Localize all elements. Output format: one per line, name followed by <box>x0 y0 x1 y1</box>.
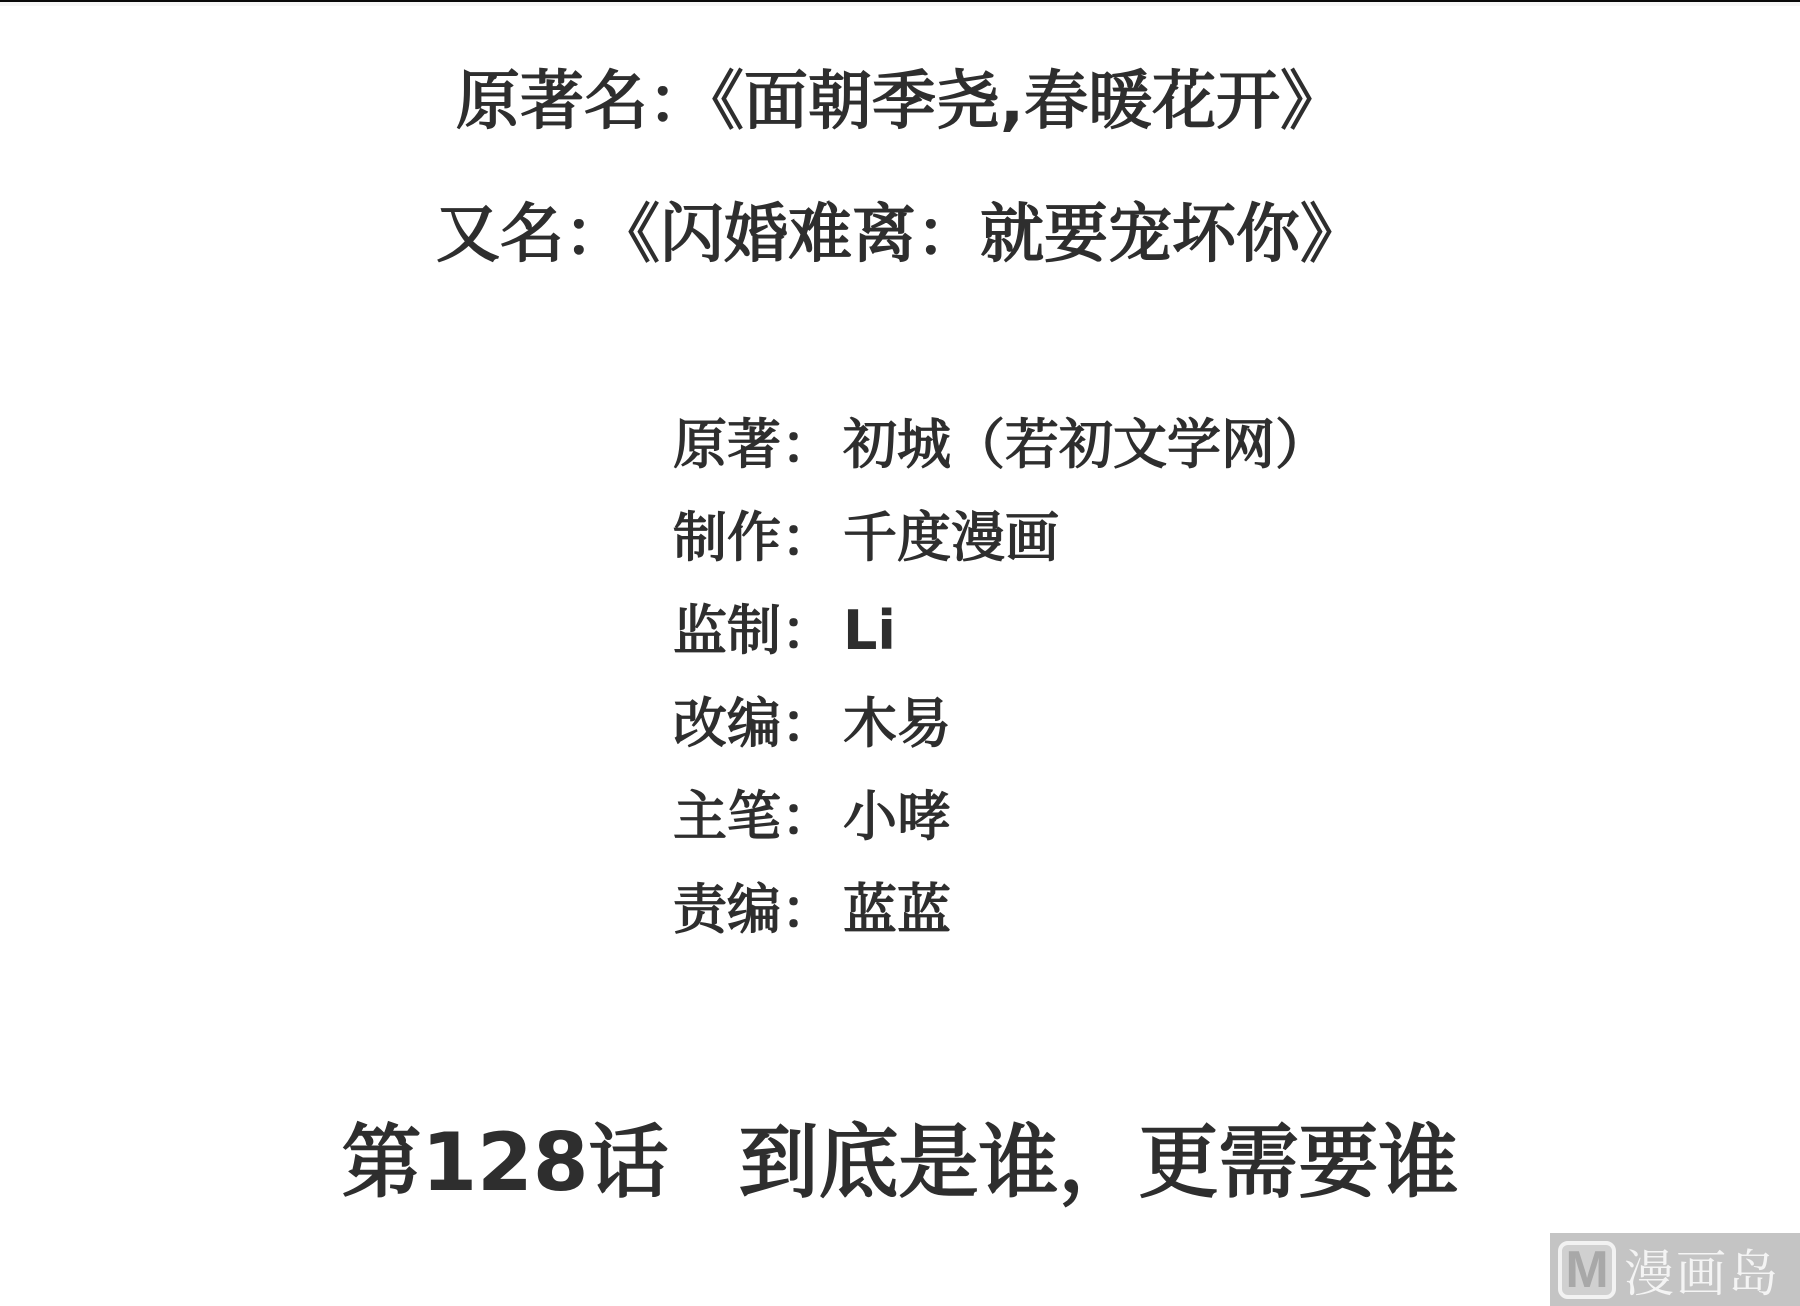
credit-row-supervisor: 监制： Li <box>673 584 1329 677</box>
credit-row-production: 制作： 千度漫画 <box>673 491 1329 584</box>
credit-row-adaptation: 改编： 木易 <box>673 677 1329 770</box>
credit-label: 监制： <box>673 584 843 677</box>
chapter-title: 到底是谁，更需要谁 <box>739 1116 1459 1209</box>
credit-label: 主笔： <box>673 770 843 863</box>
credit-row-original-author: 原著： 初城（若初文学网） <box>673 398 1329 491</box>
watermark-logo-icon: M <box>1558 1241 1616 1299</box>
credits-list: 原著： 初城（若初文学网） 制作： 千度漫画 监制： Li 改编： 木易 主笔：… <box>673 398 1329 956</box>
credit-value: 小哮 <box>843 770 951 863</box>
credit-row-lead-artist: 主笔： 小哮 <box>673 770 1329 863</box>
credit-value: 初城（若初文学网） <box>843 398 1329 491</box>
credit-value: 蓝蓝 <box>843 863 951 956</box>
alt-title-label: 又名： <box>436 198 628 272</box>
credit-label: 改编： <box>673 677 843 770</box>
original-title-line: 原著名：《面朝季尧,春暖花开》 <box>0 60 1800 144</box>
chapter-heading: 第128话到底是谁，更需要谁 <box>0 1108 1800 1218</box>
credit-value: 千度漫画 <box>843 491 1059 584</box>
original-title-label: 原著名： <box>456 65 712 139</box>
top-shadow-band <box>0 2 1800 6</box>
credit-label: 责编： <box>673 863 843 956</box>
watermark-site-name: 漫画岛 <box>1624 1234 1780 1306</box>
credit-label: 制作： <box>673 491 843 584</box>
credit-value: 木易 <box>843 677 951 770</box>
site-watermark: M 漫画岛 <box>1550 1233 1800 1306</box>
alt-title: 《闪婚难离：就要宠坏你》 <box>628 198 1364 272</box>
chapter-number: 第128话 <box>342 1116 669 1209</box>
original-title: 《面朝季尧,春暖花开》 <box>712 65 1344 139</box>
credit-value: Li <box>843 584 896 677</box>
credit-row-editor: 责编： 蓝蓝 <box>673 863 1329 956</box>
credit-label: 原著： <box>673 398 843 491</box>
alt-title-line: 又名：《闪婚难离：就要宠坏你》 <box>0 193 1800 277</box>
watermark-logo-letter: M <box>1565 1240 1608 1300</box>
